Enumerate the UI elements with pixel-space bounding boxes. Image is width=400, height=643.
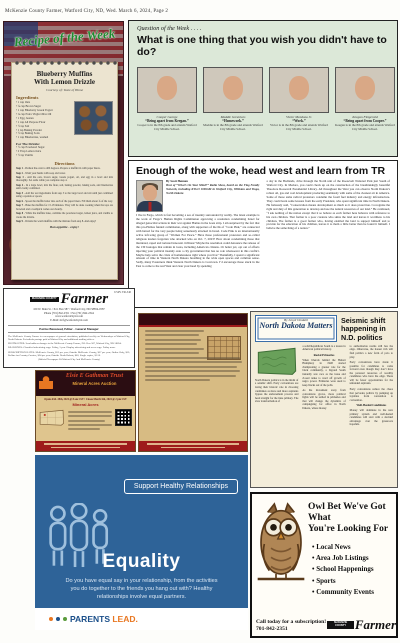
tr-article-box: Enough of the woke, head west and learn … <box>128 160 398 308</box>
logo-dot-orange <box>49 617 53 621</box>
subscription-call-line: Call today for a subscription! 701-842-2… <box>256 619 327 633</box>
muffin-photo <box>74 101 113 135</box>
masthead-official-line: (Official Newspaper Of Watford City And … <box>8 358 130 361</box>
photo-face-detail <box>157 76 177 100</box>
drizzle-item: ½ tsp Vanilla <box>16 154 113 158</box>
direction-step: Step 1 - Preheat the oven to 400 degrees… <box>16 167 113 170</box>
recipe-closing: Bon appetite - enjoy! <box>16 225 113 229</box>
ndm-column-2: a solid Republican South is a lesson in … <box>302 345 345 429</box>
directions-list: Step 1 - Preheat the oven to 400 degrees… <box>16 167 113 223</box>
direction-step: Step 3 - Add the oats, brown sugar, Gree… <box>16 176 113 183</box>
respondent-cell: Victor Mendoza Jr. “Work.” Victor is in … <box>269 67 329 131</box>
ndm-col2-p2: When liberals behind the Hubert Humphrey… <box>302 359 345 388</box>
ndm-col2-p3: As the movement away from conventions gr… <box>302 389 345 410</box>
farmer-logo: McKENZIE COUNTY Farmer <box>327 617 396 633</box>
photo-face-detail <box>355 76 375 100</box>
direction-step: Step 6 - Spoon the muffin batter into ea… <box>16 200 113 203</box>
gathman-ad-subtitle: Mineral Acres Auction <box>56 381 133 386</box>
auction-ad-footer-band <box>139 441 247 451</box>
north-dakota-map-outline <box>39 409 65 426</box>
ndm-col1-text: North Dakota politics is in the midst of… <box>255 379 298 404</box>
respondent-cell: Maddie Greenlees “Homework.” Maddie is i… <box>203 67 263 131</box>
owl-ad-bullet: Community Events <box>312 587 374 598</box>
mineral-acres-heading: Mineral Acres <box>36 402 135 407</box>
photo-shoulders-detail <box>276 100 322 113</box>
gathman-ad-header: Elsie E Gathman Trust Mineral Acres Auct… <box>36 371 135 396</box>
respondent-photo <box>335 67 395 113</box>
fine-print-paragraph: SUBSCRIPTION RATES: McKenzie County, $52… <box>8 351 130 358</box>
recipe-dish-name-2: With Lemon Drizzle <box>16 78 113 86</box>
subscription-ad: Owl Bet We've Got What You're Looking Fo… <box>250 492 398 638</box>
ingredients-heading: Ingredients <box>16 95 113 100</box>
column-banner: By Lloyd Omdahl North Dakota Matters <box>255 315 337 342</box>
gathman-ad-title: Elsie E Gathman Trust <box>56 373 133 380</box>
recipe-of-the-week-box: Recipe of the Week Blueberry Muffins Wit… <box>3 21 124 285</box>
respondent-cell: Cooper George “Being apart from Keegan.”… <box>137 67 197 131</box>
gathman-ad-footer-band <box>36 441 135 451</box>
qr-code <box>115 409 132 426</box>
respondent-photo <box>269 67 329 113</box>
respondent-bio: Cooper is in the 8th grade and attends W… <box>137 123 197 131</box>
photo-shoulders-detail <box>342 100 388 113</box>
owl-ad-headline: Owl Bet We've Got What You're Looking Fo… <box>308 502 394 535</box>
equality-body-text: Do you have equal say in your relationsh… <box>61 577 222 601</box>
usps-number: USPS 336-340 <box>114 291 131 294</box>
ndm-subhead-well-heeled: Well-Heeled Candidates <box>350 404 393 408</box>
direction-step: Step 7 - Bake the muffins for 15-18 minu… <box>16 204 113 211</box>
photo-tie-detail <box>148 202 151 211</box>
ndm-subhead-racial-primaries: Racial Primaries <box>302 354 345 358</box>
north-dakota-map-green <box>257 346 297 376</box>
question-of-the-week-box: Question of the Week . . . . What is one… <box>128 20 398 157</box>
ndm-column-1: North Dakota politics is in the midst of… <box>255 345 298 429</box>
logo-dot-green <box>63 617 67 621</box>
owl-ad-bullet: Sports <box>312 576 374 587</box>
recipe-dish-name: Blueberry Muffins <box>16 70 113 78</box>
ndm-column-3: to authoritarian norms still has the edg… <box>350 345 393 429</box>
drizzle-list: ½ cup Powdered Sugar2 Tbsp Lemon Juice½ … <box>16 146 113 158</box>
newspaper-page: McKenzie County Farmer, Watford City, ND… <box>0 0 400 643</box>
fine-print-paragraph: DEADLINES: Classified advertising copy: … <box>8 346 130 349</box>
tr-article-column-2: a day in the Badlands, drive through the… <box>267 180 391 269</box>
respondent-bio: Maddie is in the 8th grade and attends W… <box>203 123 263 131</box>
masthead-brand-county: McKENZIE COUNTY <box>30 297 59 302</box>
owl-ad-bullet: Area Job Listings <box>312 553 374 564</box>
tr-body-col1: I live in Fargo, which is fast becoming … <box>136 213 260 268</box>
page-header-line: McKenzie County Farmer, Watford City, ND… <box>5 9 168 14</box>
ndm-col3-p3: Party conventions reduce the chaos that … <box>350 388 393 402</box>
direction-step: Step 5 - Add the wet ingredients from st… <box>16 192 113 199</box>
respondent-bio: Keegan is in the 8th grade and attends W… <box>335 123 395 131</box>
respondent-photo <box>137 67 197 113</box>
ndm-col3-p2: Party conventions have made it possible … <box>350 361 393 386</box>
equality-headline: Equality <box>35 551 248 573</box>
logo-dot-blue <box>56 617 60 621</box>
ndm-col3-p4: Money will dominate in the new primary s… <box>350 409 393 427</box>
parents-lead-logo: PARENTS LEAD. <box>70 614 138 624</box>
directions-heading: Directions <box>16 161 113 166</box>
support-healthy-relationships-button: Support Healthy Relationships <box>124 479 238 494</box>
auction-company-logo <box>39 375 53 391</box>
ndm-banner-title: North Dakota Matters <box>258 322 334 330</box>
photo-shoulders-detail <box>210 100 256 113</box>
auction-ad-header-band <box>139 314 247 327</box>
photo-face-detail <box>143 185 157 201</box>
ingredient-item: 1 cup Blueberries, washed <box>16 136 72 140</box>
auction-ad-details-panel <box>138 313 248 452</box>
parents-lead-ad: Support Healthy Relationships Equality D… <box>35 455 248 630</box>
fine-print-paragraph: The McKenzie County Farmer is a newspape… <box>8 335 130 342</box>
photo-face-detail <box>223 76 243 100</box>
north-dakota-matters-box: By Lloyd Omdahl North Dakota Matters Sei… <box>250 311 398 488</box>
masthead-fine-print: The McKenzie County Farmer is a newspape… <box>8 335 130 358</box>
tr-byline-detail: Host of “What’s On Your Mind?” Radio Sho… <box>166 184 260 196</box>
respondent-bio: Victor is in the 8th grade and attends W… <box>269 123 329 131</box>
qotw-kicker: Question of the Week . . . . <box>137 25 389 32</box>
owl-ad-bullet-list: Local NewsArea Job ListingsSchool Happen… <box>312 542 374 598</box>
recipe-courtesy: Courtesy of: Taste of Home <box>16 88 113 92</box>
photo-face-detail <box>289 76 309 100</box>
respondent-cell: Keegan Fitzgerald “Being apart from Coop… <box>335 67 395 131</box>
tr-article-headline: Enough of the woke, head west and learn … <box>136 165 390 177</box>
recipe-notebook-card: Blueberry Muffins With Lemon Drizzle Cou… <box>11 62 118 280</box>
owl-icon <box>256 502 306 586</box>
qotw-respondents-row: Cooper George “Being apart from Keegan.”… <box>137 67 389 131</box>
parents-lead-footer: PARENTS LEAD. <box>35 608 248 630</box>
masthead-box: USPS 336-340 McKENZIE COUNTY Farmer 100 … <box>3 288 135 368</box>
owl-ad-headline-line1: Owl Bet We've Got What <box>308 502 394 524</box>
ndm-headline: Seismic shift happening in N.D. politics <box>341 315 393 342</box>
direction-step: Step 8 - While the muffins bake, combine… <box>16 212 113 219</box>
fine-print-paragraph: POSTMASTER: Send address changes to the … <box>8 342 130 345</box>
direction-step: Step 2 - Wash your hands with soap and w… <box>16 172 113 175</box>
masthead-brand-farmer: Farmer <box>61 291 109 308</box>
auction-detail-text <box>65 409 115 430</box>
farmer-logo-county: McKENZIE COUNTY <box>327 621 353 629</box>
spiral-binding-icon <box>14 60 117 67</box>
ndm-col2-p1: a solid Republican South is a lesson in … <box>302 345 345 352</box>
owl-ad-headline-line2: You're Looking For <box>308 524 394 535</box>
direction-step: Step 4 - In a large bowl, mix the flour,… <box>16 184 113 191</box>
ndm-col3-p1: to authoritarian norms still has the edg… <box>350 345 393 359</box>
direction-step: Step 9 - Drizzle the warm muffins with t… <box>16 220 113 223</box>
owl-ad-bullet: School Happenings <box>312 564 374 575</box>
auction-date-line: Opens Feb. 28th, 2024 @ 8 am CST • Close… <box>36 398 135 401</box>
farmer-logo-name: Farmer <box>355 617 396 633</box>
tr-article-column-1: By Scott Hennen Host of “What’s On Your … <box>136 180 260 269</box>
columnist-photo <box>136 180 163 212</box>
ingredients-list: 1 cup Oats¾ cup Brown Sugar1 cup Blueber… <box>16 101 72 140</box>
gathman-trust-ad: Elsie E Gathman Trust Mineral Acres Auct… <box>35 370 136 452</box>
masthead-editor-line: Patrice Bumstead, Editor - General Manag… <box>8 325 130 333</box>
masthead-email: E-Mail: mcf@watfordcitynd.com <box>8 319 130 323</box>
respondent-photo <box>203 67 263 113</box>
photo-shoulders-detail <box>144 100 190 113</box>
owl-ad-bullet: Local News <box>312 542 374 553</box>
qotw-question: What is one thing that you wish you didn… <box>137 35 389 58</box>
